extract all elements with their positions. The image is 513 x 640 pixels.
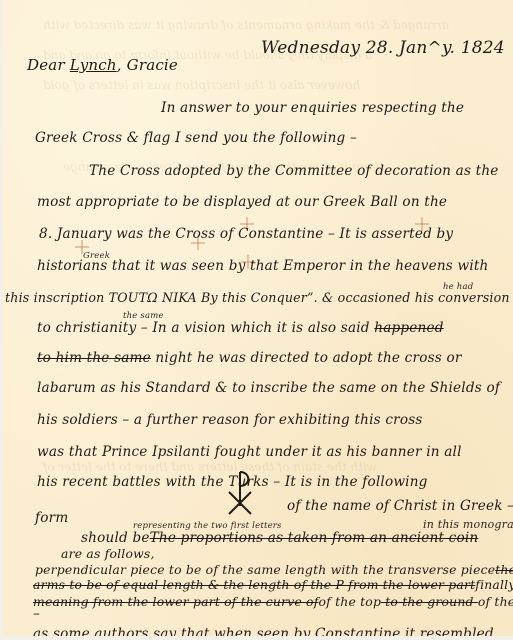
letter-date: Wednesday 28. Jan^y. 1824 (261, 38, 505, 58)
letter-line: to christianity – In a vision which it i… (37, 320, 444, 336)
struck-text: arms to be of equal length & the length … (33, 577, 475, 592)
letter-page: arranged & the making ornaments of drawi… (3, 0, 513, 636)
struck-text: to the ground (381, 594, 478, 609)
interlinear-insertion: the same (123, 311, 164, 321)
letter-line: was that Prince Ipsilanti fought under i… (37, 444, 462, 460)
letter-line: 8. January was the Cross of Constantine … (39, 226, 453, 242)
salutation-name: , Gracie (117, 56, 178, 74)
letter-line: his soldiers – a further reason for exhi… (37, 412, 423, 428)
letter-line: Greek Cross & flag I send you the follow… (35, 130, 357, 146)
struck-name: Lynch (70, 56, 117, 74)
salutation: Dear Lynch, Gracie (27, 56, 178, 74)
letter-line: form (35, 510, 68, 526)
interlinear-insertion: Greek (83, 251, 110, 261)
bleed-through-text: arranged & the making ornaments of drawi… (43, 18, 449, 32)
bleed-through-text: however also it the inscription was in l… (43, 78, 360, 92)
struck-text: happened (374, 320, 443, 336)
struck-text: The proportions as taken from an ancient… (150, 530, 479, 546)
struck-text: meaning from the lower part of the curve… (33, 594, 319, 609)
struck-text: to him the same (37, 350, 151, 366)
letter-line: as some authors say that when seen by Co… (33, 626, 494, 636)
salutation-prefix: Dear (27, 56, 65, 74)
letter-line: perpendicular piece to be of the same le… (35, 562, 513, 577)
letter-line: arms to be of equal length & the length … (33, 577, 513, 592)
letter-line: meaning from the lower part of the curve… (33, 594, 513, 609)
letter-line: The Cross adopted by the Committee of de… (89, 163, 499, 179)
letter-line: of the name of Christ in Greek – (287, 498, 513, 514)
letter-line: this inscription TOUTΩ NIKA By this Conq… (5, 290, 510, 305)
letter-line: are as follows, (61, 546, 155, 561)
interlinear-insertion: he had (443, 282, 473, 292)
letter-line: to him the same night he was directed to… (37, 350, 462, 366)
letter-line: labarum as his Standard & to inscribe th… (37, 380, 500, 396)
bleed-through-text: with the stain of these letters and ther… (43, 460, 377, 474)
struck-text: the (495, 562, 513, 577)
chi-rho-icon (225, 470, 255, 518)
letter-line: should beThe proportions as taken from a… (81, 530, 478, 546)
letter-line: In answer to your enquiries respecting t… (161, 100, 464, 116)
letter-line: most appropriate to be displayed at our … (37, 194, 447, 210)
letter-line: – (33, 606, 40, 622)
